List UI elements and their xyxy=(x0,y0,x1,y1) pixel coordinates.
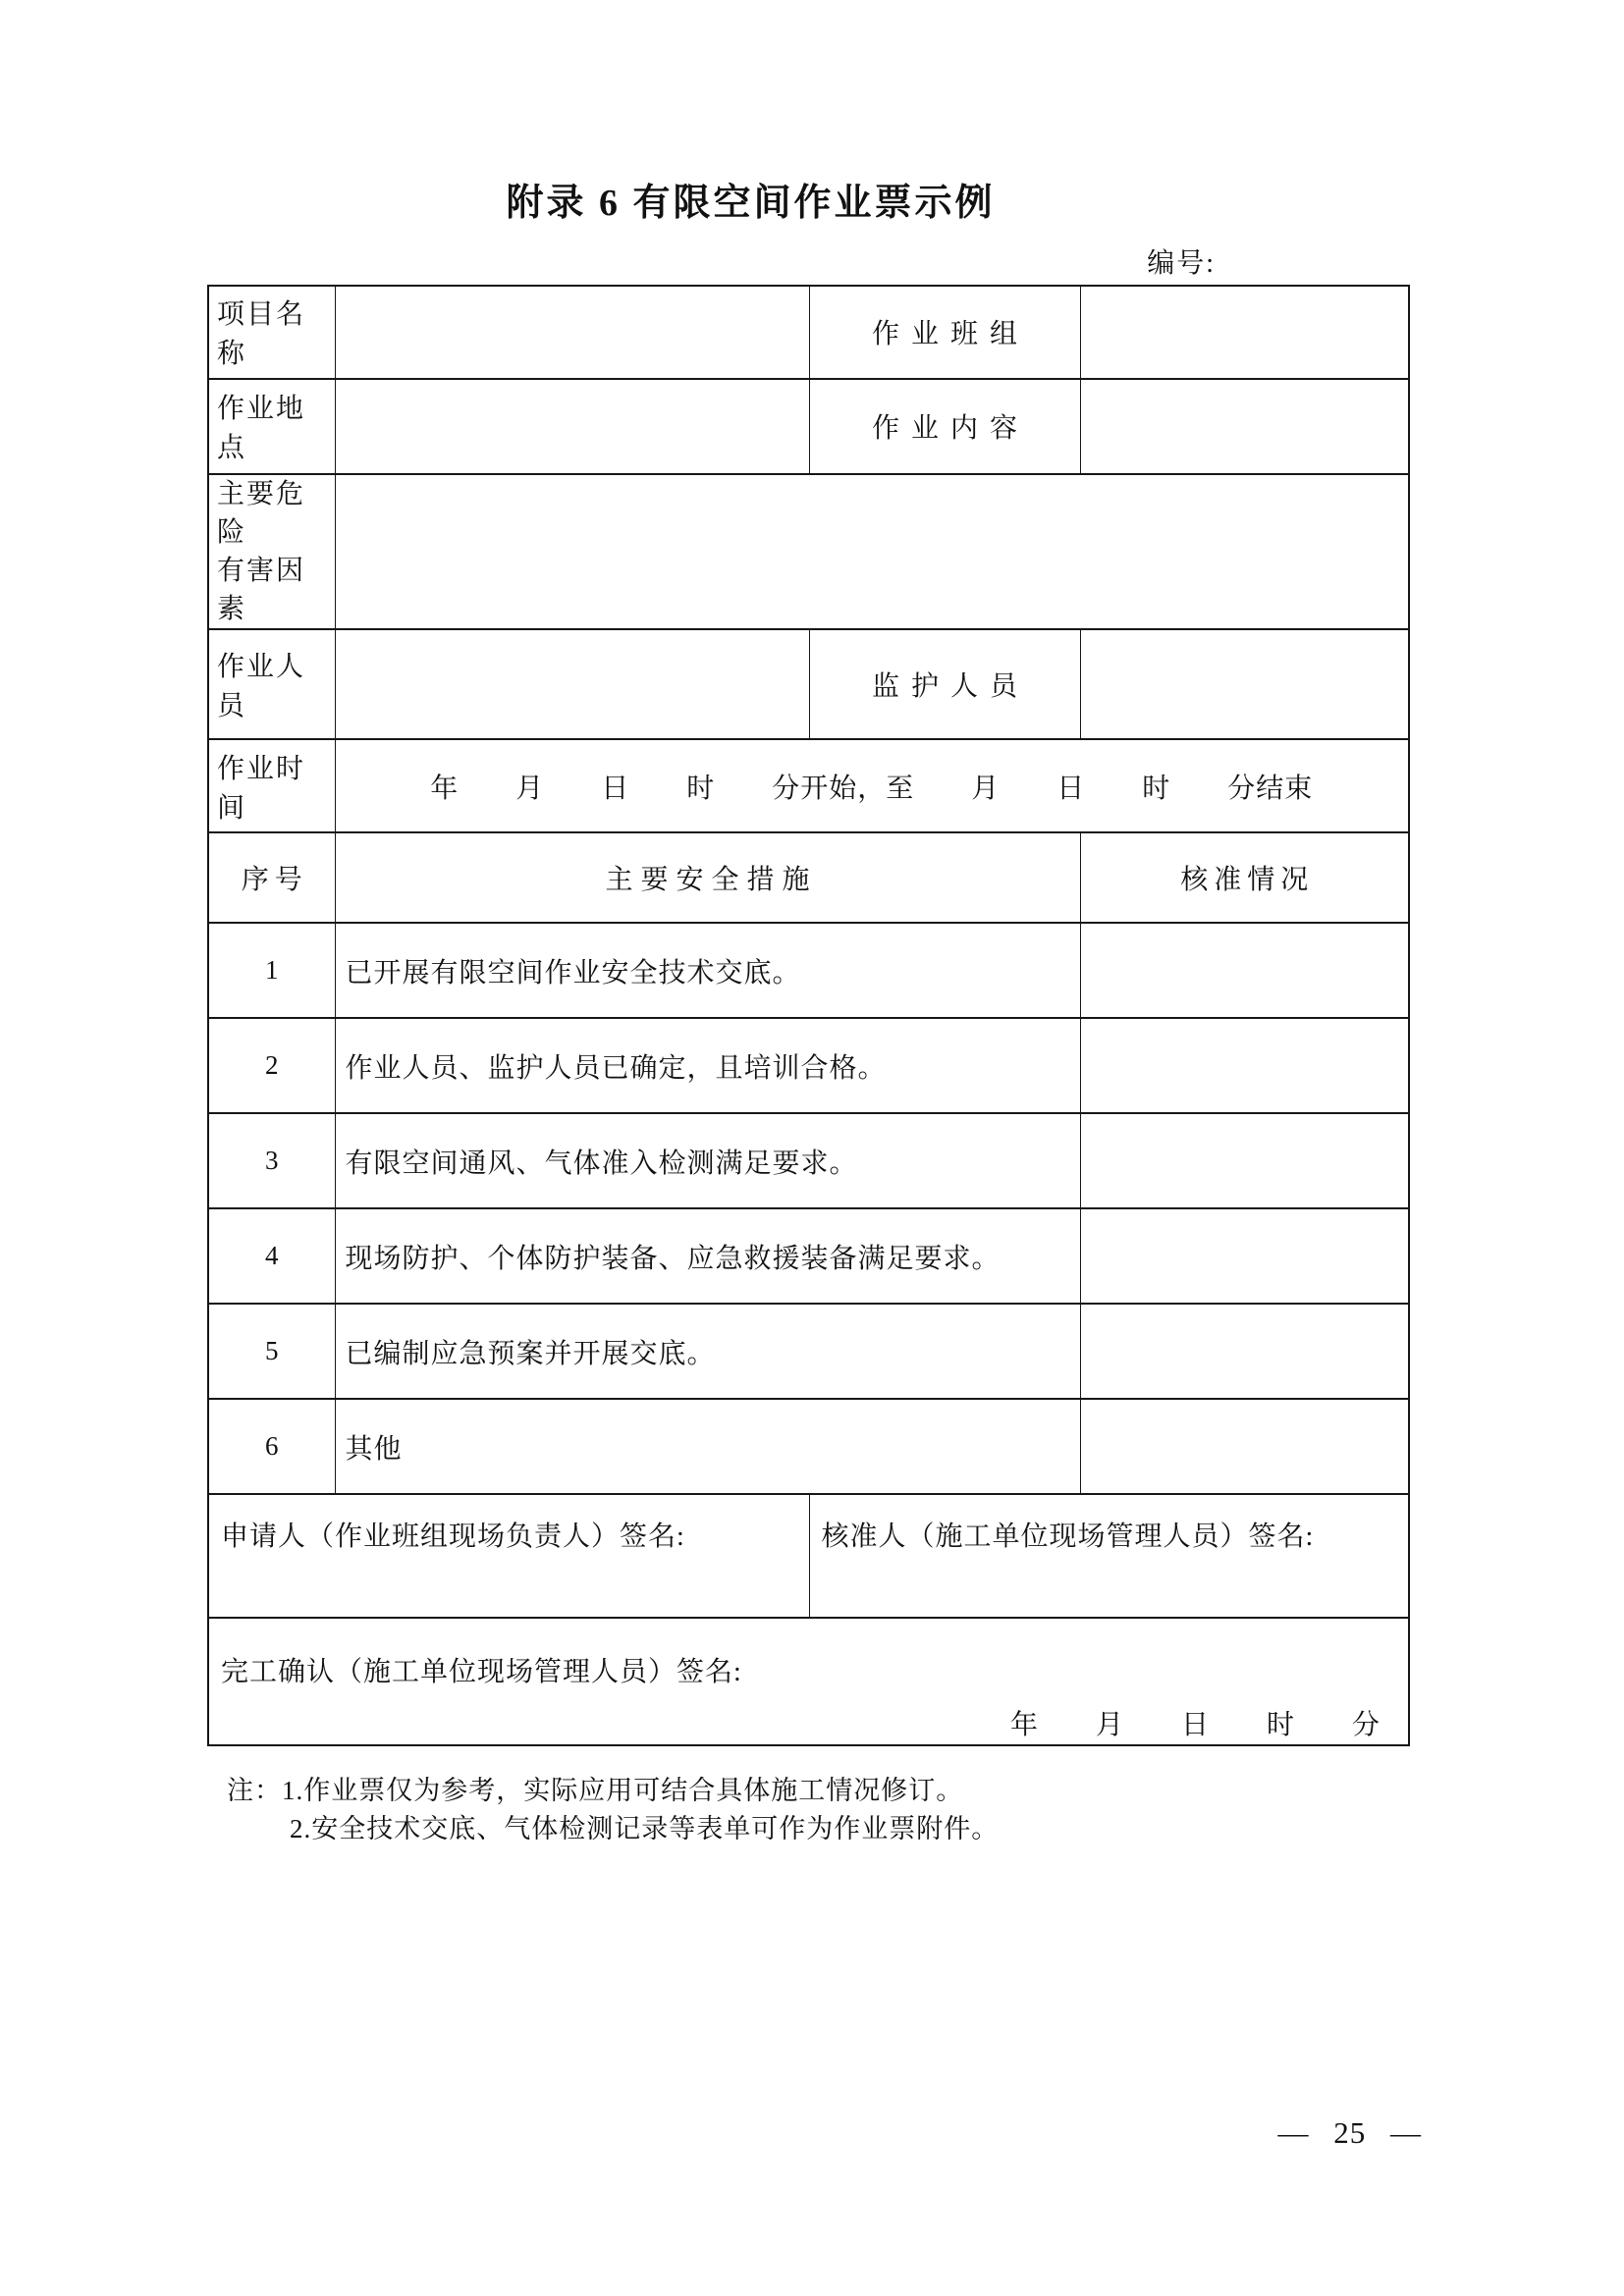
row-completion: 完工确认（施工单位现场管理人员）签名: 年 月 日 时 分 xyxy=(208,1618,1409,1745)
hazards-value-cell xyxy=(335,474,1409,630)
note-line-2: 2.安全技术交底、气体检测记录等表单可作为作业票附件。 xyxy=(290,1810,1408,1848)
notes-block: 注：1.作业票仅为参考，实际应用可结合具体施工情况修订。 2.安全技术交底、气体… xyxy=(227,1772,1408,1848)
header-measure: 主要安全措施 xyxy=(335,832,1080,923)
workers-value-cell xyxy=(335,629,809,739)
note-line-1: 注：1.作业票仅为参考，实际应用可结合具体施工情况修订。 xyxy=(227,1772,1408,1810)
measure-row-6: 6 其他 xyxy=(208,1399,1409,1494)
measure-6-text: 其他 xyxy=(335,1399,1080,1494)
row-signatures: 申请人（作业班组现场负责人）签名: 核准人（施工单位现场管理人员）签名: xyxy=(208,1494,1409,1618)
completion-datetime: 年 月 日 时 分 xyxy=(221,1703,1380,1742)
measure-4-text: 现场防护、个体防护装备、应急救援装备满足要求。 xyxy=(335,1208,1080,1304)
row-personnel: 作业人员 监护人员 xyxy=(208,629,1409,739)
measure-row-5: 5 已编制应急预案并开展交底。 xyxy=(208,1304,1409,1399)
measure-3-number: 3 xyxy=(208,1113,335,1208)
measure-row-2: 2 作业人员、监护人员已确定，且培训合格。 xyxy=(208,1018,1409,1113)
hazards-label-line2: 有害因素 xyxy=(217,556,305,624)
measure-row-4: 4 现场防护、个体防护装备、应急救援装备满足要求。 xyxy=(208,1208,1409,1304)
measure-1-number: 1 xyxy=(208,923,335,1018)
measure-row-1: 1 已开展有限空间作业安全技术交底。 xyxy=(208,923,1409,1018)
work-content-label: 作业内容 xyxy=(809,379,1080,474)
measure-3-approval-cell xyxy=(1080,1113,1409,1208)
workers-label: 作业人员 xyxy=(208,629,335,739)
measure-2-approval-cell xyxy=(1080,1018,1409,1113)
measure-4-approval-cell xyxy=(1080,1208,1409,1304)
measure-3-text: 有限空间通风、气体准入检测满足要求。 xyxy=(335,1113,1080,1208)
work-time-label: 作业时间 xyxy=(208,739,335,832)
measure-5-approval-cell xyxy=(1080,1304,1409,1399)
row-project-name: 项目名称 作业班组 xyxy=(208,286,1409,379)
watchers-value-cell xyxy=(1080,629,1409,739)
work-permit-table: 项目名称 作业班组 作业地点 作业内容 主要危险 有害因素 作业人员 监护人员 xyxy=(207,285,1410,1747)
row-hazards: 主要危险 有害因素 xyxy=(208,474,1409,630)
completion-cell: 完工确认（施工单位现场管理人员）签名: 年 月 日 时 分 xyxy=(208,1618,1409,1745)
measure-4-number: 4 xyxy=(208,1208,335,1304)
work-location-label: 作业地点 xyxy=(208,379,335,474)
measure-row-3: 3 有限空间通风、气体准入检测满足要求。 xyxy=(208,1113,1409,1208)
hazards-label: 主要危险 有害因素 xyxy=(208,474,335,630)
row-measures-header: 序号 主要安全措施 核准情况 xyxy=(208,832,1409,923)
row-work-time: 作业时间 年 月 日 时 分开始，至 月 日 时 分结束 xyxy=(208,739,1409,832)
page-number: — 25 — xyxy=(1278,2115,1423,2151)
measure-6-number: 6 xyxy=(208,1399,335,1494)
measure-2-text: 作业人员、监护人员已确定，且培训合格。 xyxy=(335,1018,1080,1113)
project-name-value-cell xyxy=(335,286,809,379)
measure-6-approval-cell xyxy=(1080,1399,1409,1494)
applicant-signature-label: 申请人（作业班组现场负责人）签名: xyxy=(208,1494,809,1618)
header-approval: 核准情况 xyxy=(1080,832,1409,923)
approver-signature-label: 核准人（施工单位现场管理人员）签名: xyxy=(809,1494,1409,1618)
project-name-label: 项目名称 xyxy=(208,286,335,379)
row-work-location: 作业地点 作业内容 xyxy=(208,379,1409,474)
measure-2-number: 2 xyxy=(208,1018,335,1113)
measure-5-text: 已编制应急预案并开展交底。 xyxy=(335,1304,1080,1399)
work-time-value: 年 月 日 时 分开始，至 月 日 时 分结束 xyxy=(335,739,1409,832)
page-content: 附录 6 有限空间作业票示例 编号: 项目名称 作业班组 作业地点 作业内容 主… xyxy=(207,0,1408,1849)
measure-1-text: 已开展有限空间作业安全技术交底。 xyxy=(335,923,1080,1018)
work-team-label: 作业班组 xyxy=(809,286,1080,379)
document-page: { "document": { "title": "附录 6 有限空间作业票示例… xyxy=(0,0,1624,2296)
watchers-label: 监护人员 xyxy=(809,629,1080,739)
work-team-value-cell xyxy=(1080,286,1409,379)
serial-number-label: 编号: xyxy=(207,241,1408,281)
hazards-label-line1: 主要危险 xyxy=(217,479,305,548)
completion-signature-label: 完工确认（施工单位现场管理人员）签名: xyxy=(221,1650,1380,1689)
measure-5-number: 5 xyxy=(208,1304,335,1399)
measure-1-approval-cell xyxy=(1080,923,1409,1018)
work-content-value-cell xyxy=(1080,379,1409,474)
page-title: 附录 6 有限空间作业票示例 xyxy=(150,0,1351,228)
work-location-value-cell xyxy=(335,379,809,474)
header-index: 序号 xyxy=(208,832,335,923)
